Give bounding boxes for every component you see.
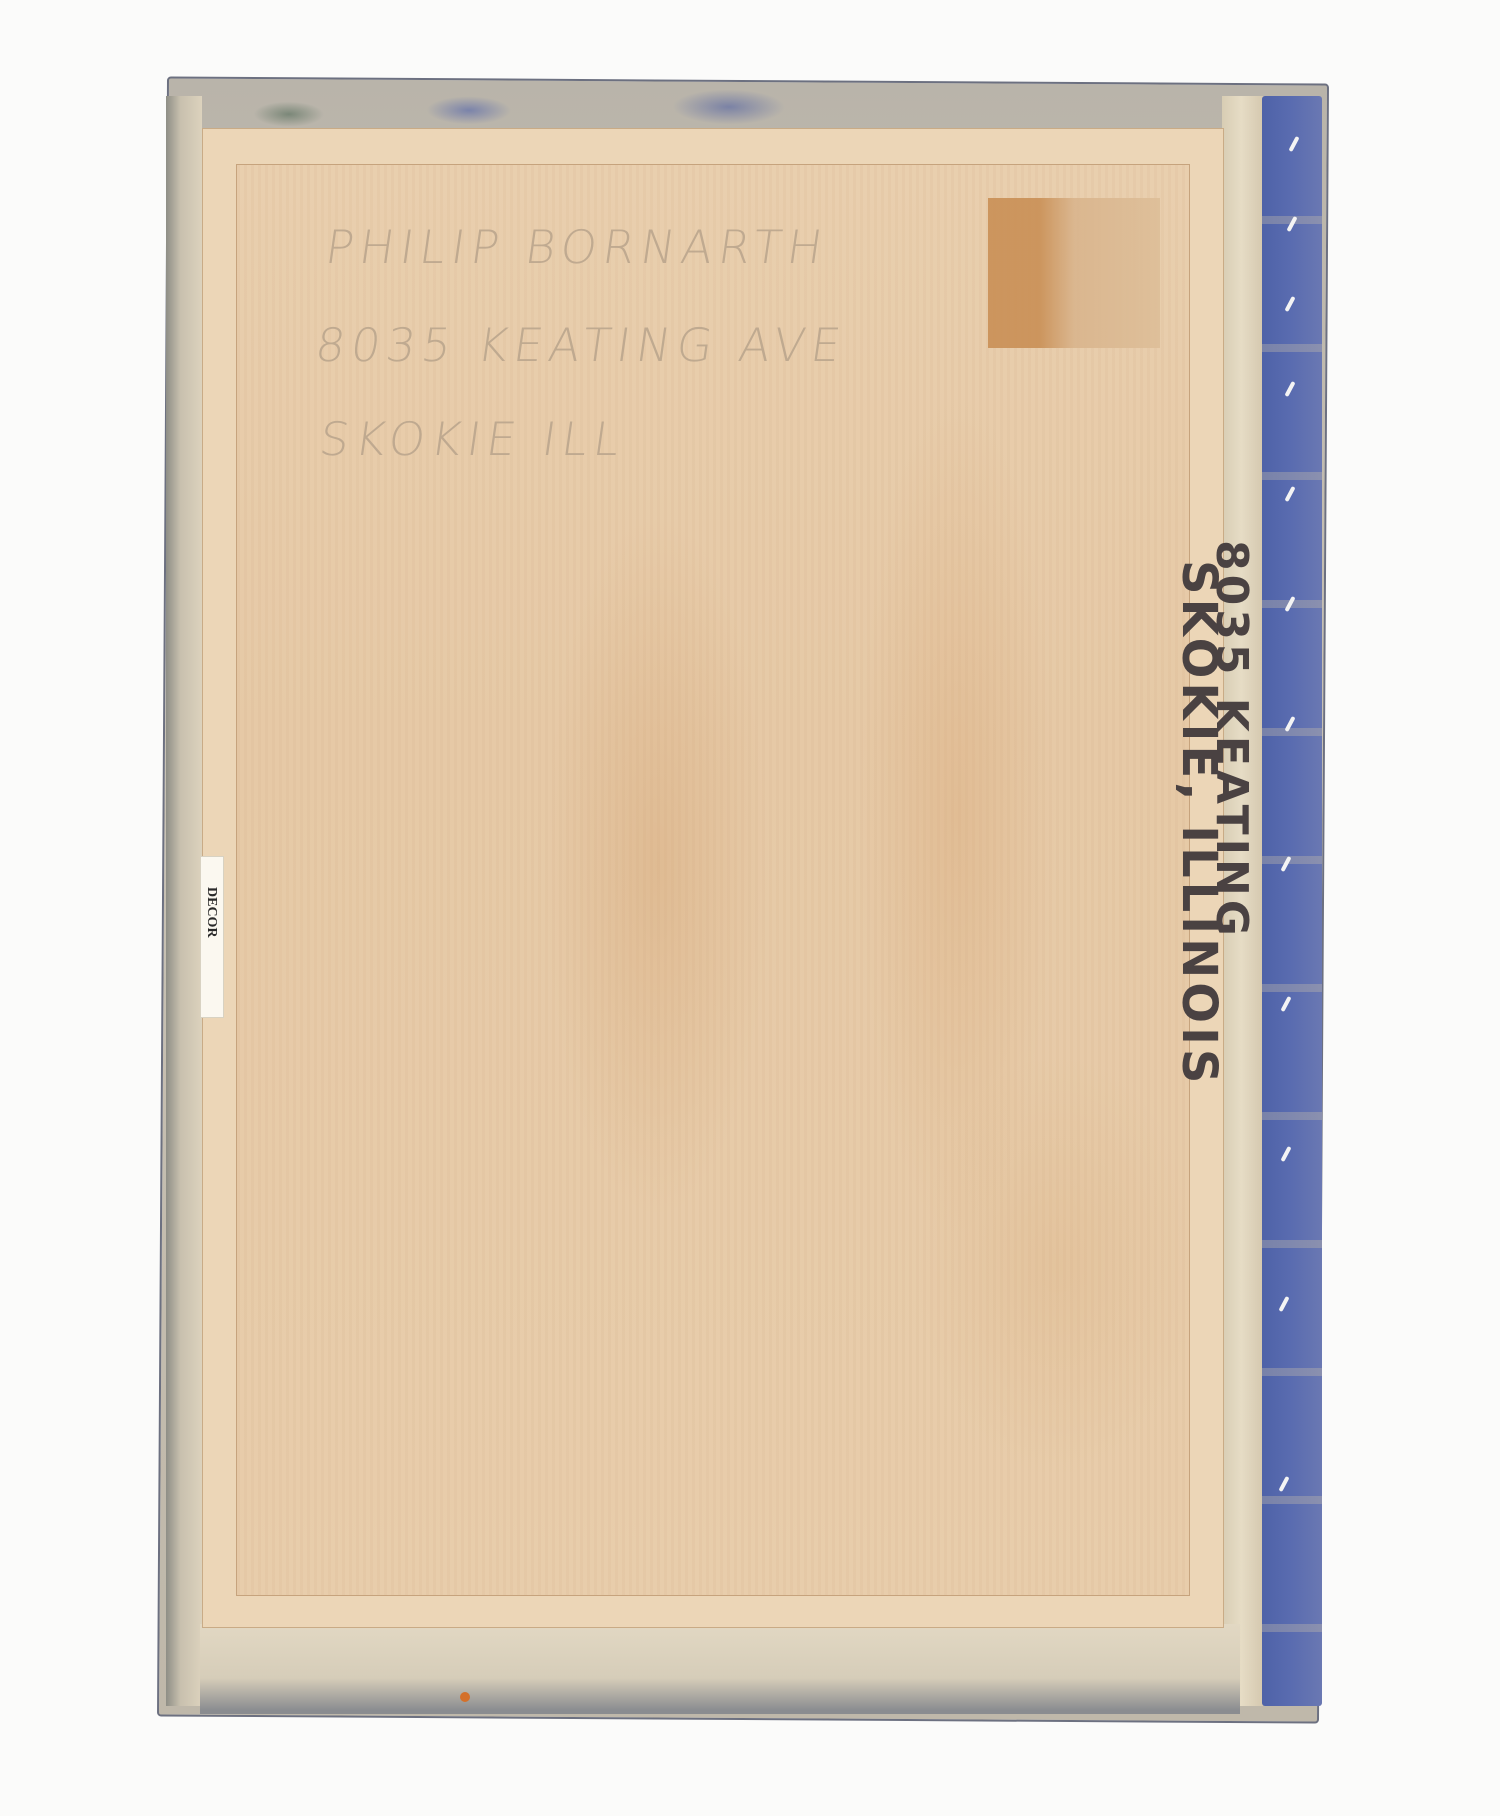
staple: [1284, 596, 1295, 612]
canvas-back: [236, 164, 1190, 1596]
paint-splat: [460, 1692, 470, 1702]
staple: [1284, 296, 1295, 312]
staple: [1280, 856, 1291, 872]
staple: [1280, 996, 1291, 1012]
staple: [1284, 716, 1295, 732]
staple: [1288, 136, 1299, 152]
pencil-inscription-address: 8035 KEATING AVE: [312, 318, 850, 372]
staple: [1284, 486, 1295, 502]
gallery-label: DECOR: [200, 856, 224, 1018]
staple: [1280, 1146, 1291, 1162]
pencil-inscription-city: SKOKIE ILL: [316, 412, 629, 466]
painted-blue-edge: [1262, 96, 1322, 1706]
staple: [1278, 1476, 1289, 1492]
stain-patch: [988, 198, 1160, 348]
canvas-left-fold: [166, 96, 202, 1706]
marker-inscription-partial: 8035 KEATING: [1215, 540, 1255, 1100]
marker-inscription-address: 8035 KEATING: [1215, 540, 1255, 940]
gallery-label-text: DECOR: [203, 887, 219, 938]
canvas-bottom-fold: [200, 1624, 1240, 1714]
staple: [1284, 381, 1295, 397]
staple: [1278, 1296, 1289, 1312]
photo-scene: PHILIP BORNARTH 8035 KEATING AVE SKOKIE …: [0, 0, 1500, 1816]
staple: [1286, 216, 1297, 232]
pencil-inscription-name: PHILIP BORNARTH: [322, 220, 832, 274]
